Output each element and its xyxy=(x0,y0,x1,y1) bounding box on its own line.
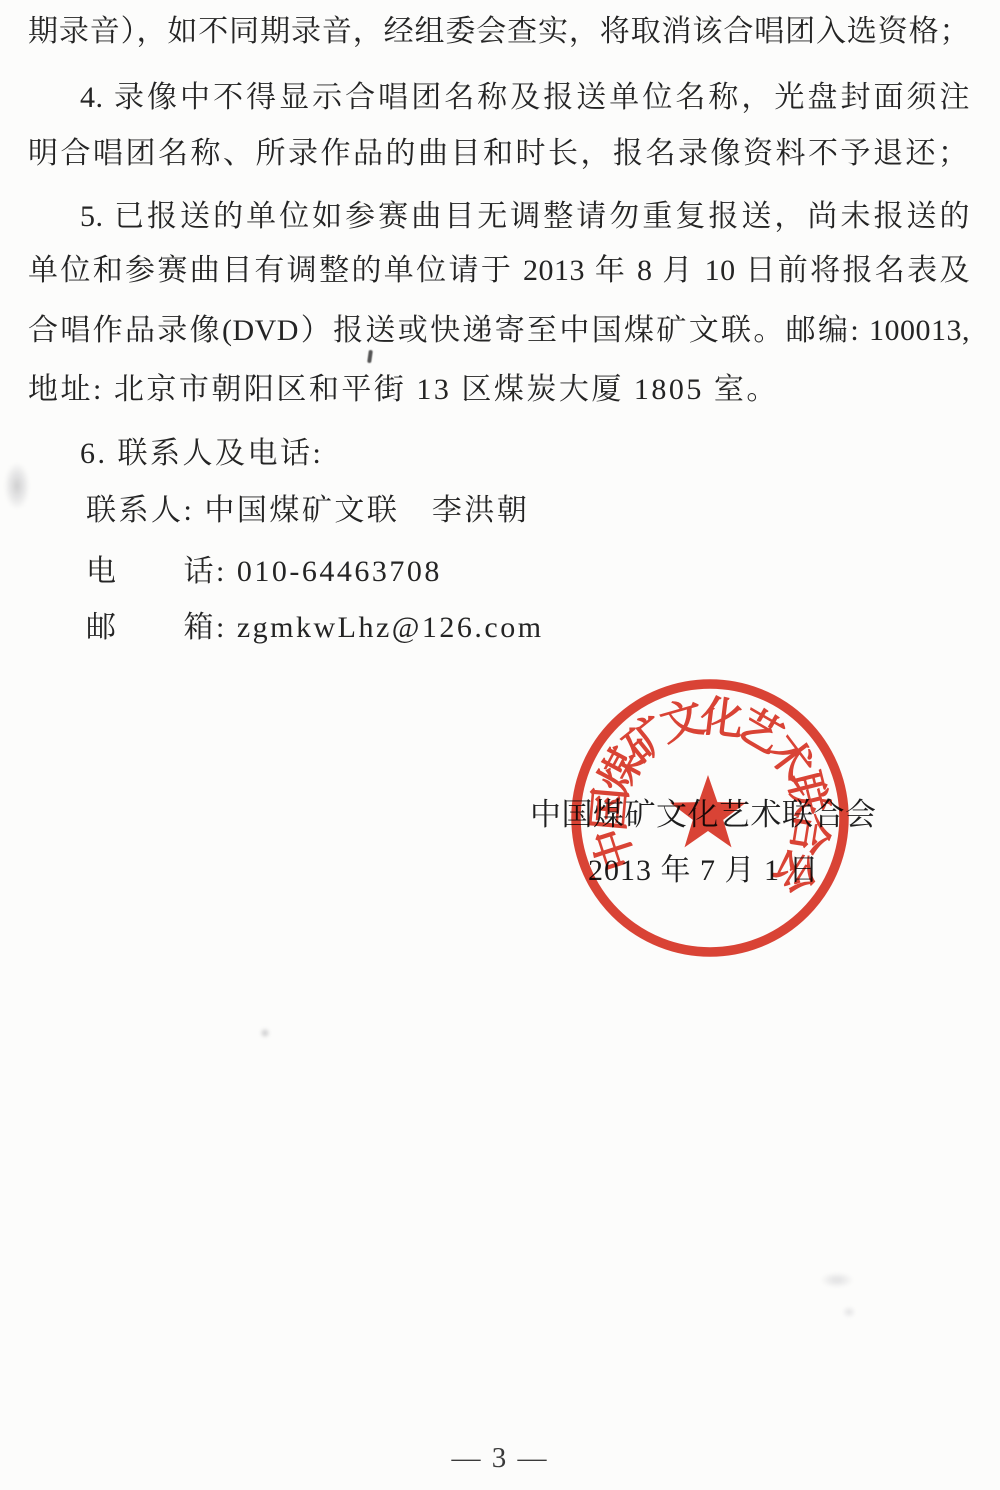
scan-smudge xyxy=(842,1306,856,1318)
body-line: 单位和参赛曲目有调整的单位请于 2013 年 8 月 10 日前将报名表及 xyxy=(28,251,970,291)
body-line: 明合唱团名称、所录作品的曲目和时长，报名录像资料不予退还； xyxy=(28,134,970,174)
contact-phone-line: 电 话: 010-64463708 xyxy=(28,552,970,592)
scan-smudge xyxy=(820,1272,854,1288)
star-icon xyxy=(670,775,746,847)
body-line-item-4: 4. 录像中不得显示合唱团名称及报送单位名称，光盘封面须注 xyxy=(28,78,970,118)
contact-email-line: 邮 箱: zgmkwLhz@126.com xyxy=(28,608,970,648)
contact-person-line: 联系人: 中国煤矿文联 李洪朝 xyxy=(28,491,970,531)
body-line-item-6: 6. 联系人及电话: xyxy=(28,434,970,474)
body-line: 期录音），如不同期录音，经组委会查实，将取消该合唱团入选资格； xyxy=(28,12,970,52)
page-number: — 3 — xyxy=(0,1442,1000,1475)
scan-stray-mark xyxy=(367,350,373,363)
scanned-document-page: 期录音），如不同期录音，经组委会查实，将取消该合唱团入选资格； 4. 录像中不得… xyxy=(0,0,1000,1490)
scan-smudge xyxy=(260,1028,270,1038)
official-seal: 中 国 煤 矿 文 化 艺 术 联 合 会 xyxy=(560,668,860,968)
body-line-address: 地址: 北京市朝阳区和平街 13 区煤炭大厦 1805 室。 xyxy=(28,370,970,410)
body-line-item-5: 5. 已报送的单位如参赛曲目无调整请勿重复报送，尚未报送的 xyxy=(28,197,970,237)
scan-smudge xyxy=(4,462,30,510)
body-line: 合唱作品录像(DVD）报送或快递寄至中国煤矿文联。邮编: 100013, xyxy=(28,311,970,351)
